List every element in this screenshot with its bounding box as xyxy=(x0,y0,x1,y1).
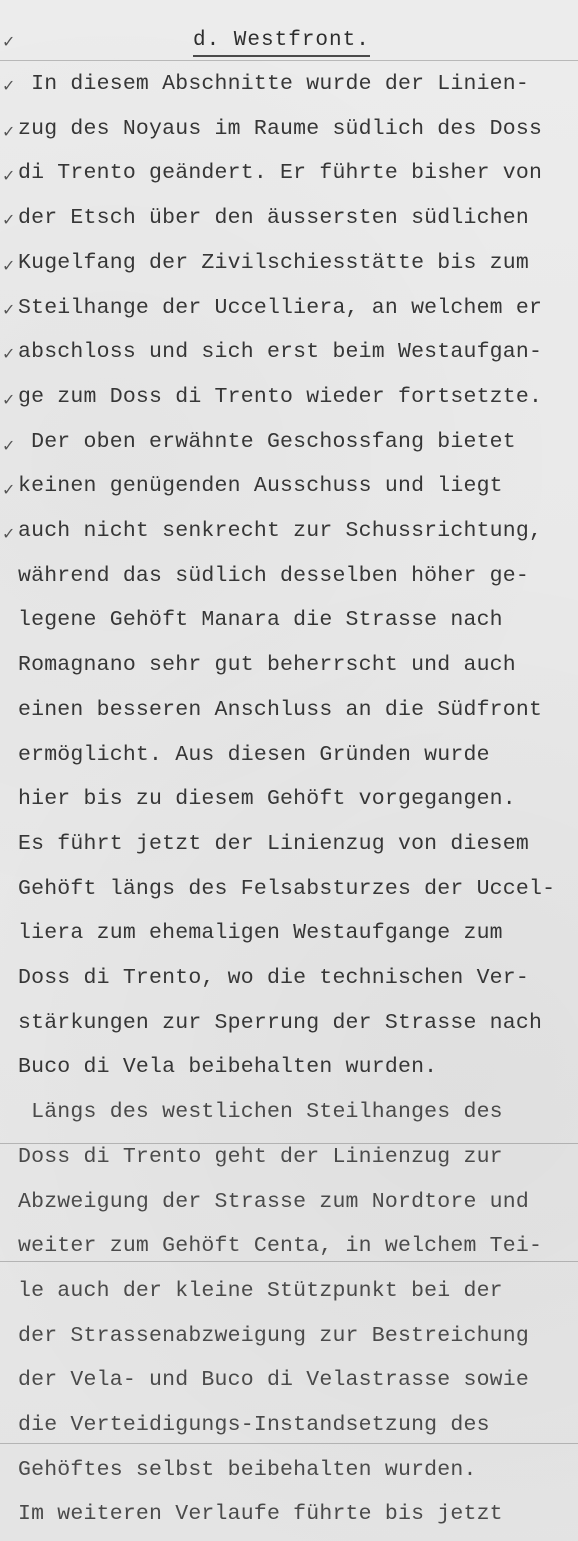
text-line: Längs des westlichen Steilhanges des xyxy=(18,1098,503,1126)
text-line: Steilhange der Uccelliera, an welchem er xyxy=(18,294,542,322)
text-line: keinen genügenden Ausschuss und liegt xyxy=(18,472,503,500)
text-line: Der oben erwähnte Geschossfang bietet xyxy=(18,428,516,456)
text-line: zug des Noyaus im Raume südlich des Doss xyxy=(18,115,542,143)
ruled-line xyxy=(0,1261,578,1262)
text-line: hier bis zu diesem Gehöft vorgegangen. xyxy=(18,785,516,813)
text-line: liera zum ehemaligen Westaufgange zum xyxy=(18,919,503,947)
text-line: der Strassenabzweigung zur Bestreichung xyxy=(18,1322,529,1350)
text-line: der Etsch über den äussersten südlichen xyxy=(18,204,529,232)
text-line: Es führt jetzt der Linienzug von diesem xyxy=(18,830,529,858)
check-mark-icon: ✓ xyxy=(2,438,15,454)
scanned-document-page: d. Westfront. ✓✓✓✓✓✓✓✓✓✓✓✓ In diesem Abs… xyxy=(0,0,578,1541)
text-line: Doss di Trento geht der Linienzug zur xyxy=(18,1143,503,1171)
text-line: stärkungen zur Sperrung der Strasse nach xyxy=(18,1009,542,1037)
text-line: die Verteidigungs-Instandsetzung des xyxy=(18,1411,490,1439)
text-line: Doss di Trento, wo die technischen Ver- xyxy=(18,964,529,992)
text-line: di Trento geändert. Er führte bisher von xyxy=(18,159,542,187)
text-line: Gehöftes selbst beibehalten wurden. xyxy=(18,1456,477,1484)
check-mark-icon: ✓ xyxy=(2,168,15,184)
check-mark-icon: ✓ xyxy=(2,302,15,318)
text-line: Kugelfang der Zivilschiesstätte bis zum xyxy=(18,249,529,277)
text-line: einen besseren Anschluss an die Südfront xyxy=(18,696,542,724)
check-mark-icon: ✓ xyxy=(2,212,15,228)
text-line: Buco di Vela beibehalten wurden. xyxy=(18,1053,437,1081)
text-line: Romagnano sehr gut beherrscht und auch xyxy=(18,651,516,679)
check-mark-icon: ✓ xyxy=(2,34,15,50)
check-mark-icon: ✓ xyxy=(2,258,15,274)
ruled-line xyxy=(0,1443,578,1444)
text-line: ge zum Doss di Trento wieder fortsetzte. xyxy=(18,383,542,411)
text-line: während das südlich desselben höher ge- xyxy=(18,562,529,590)
check-mark-icon: ✓ xyxy=(2,392,15,408)
text-line: ermöglicht. Aus diesen Gründen wurde xyxy=(18,741,490,769)
check-mark-icon: ✓ xyxy=(2,526,15,542)
text-line: Abzweigung der Strasse zum Nordtore und xyxy=(18,1188,529,1216)
text-line: Im weiteren Verlaufe führte bis jetzt xyxy=(18,1500,503,1528)
ruled-line xyxy=(0,60,578,61)
text-line: auch nicht senkrecht zur Schussrichtung, xyxy=(18,517,542,545)
text-line: abschloss und sich erst beim Westaufgan- xyxy=(18,338,542,366)
text-line: legene Gehöft Manara die Strasse nach xyxy=(18,606,503,634)
text-line: In diesem Abschnitte wurde der Linien- xyxy=(18,70,529,98)
check-mark-icon: ✓ xyxy=(2,78,15,94)
text-line: weiter zum Gehöft Centa, in welchem Tei- xyxy=(18,1232,542,1260)
section-heading: d. Westfront. xyxy=(193,28,370,57)
check-mark-icon: ✓ xyxy=(2,482,15,498)
text-line: Gehöft längs des Felsabsturzes der Uccel… xyxy=(18,875,555,903)
text-line: der Vela- und Buco di Velastrasse sowie xyxy=(18,1366,529,1394)
check-mark-icon: ✓ xyxy=(2,124,15,140)
text-line: le auch der kleine Stützpunkt bei der xyxy=(18,1277,503,1305)
check-mark-icon: ✓ xyxy=(2,346,15,362)
